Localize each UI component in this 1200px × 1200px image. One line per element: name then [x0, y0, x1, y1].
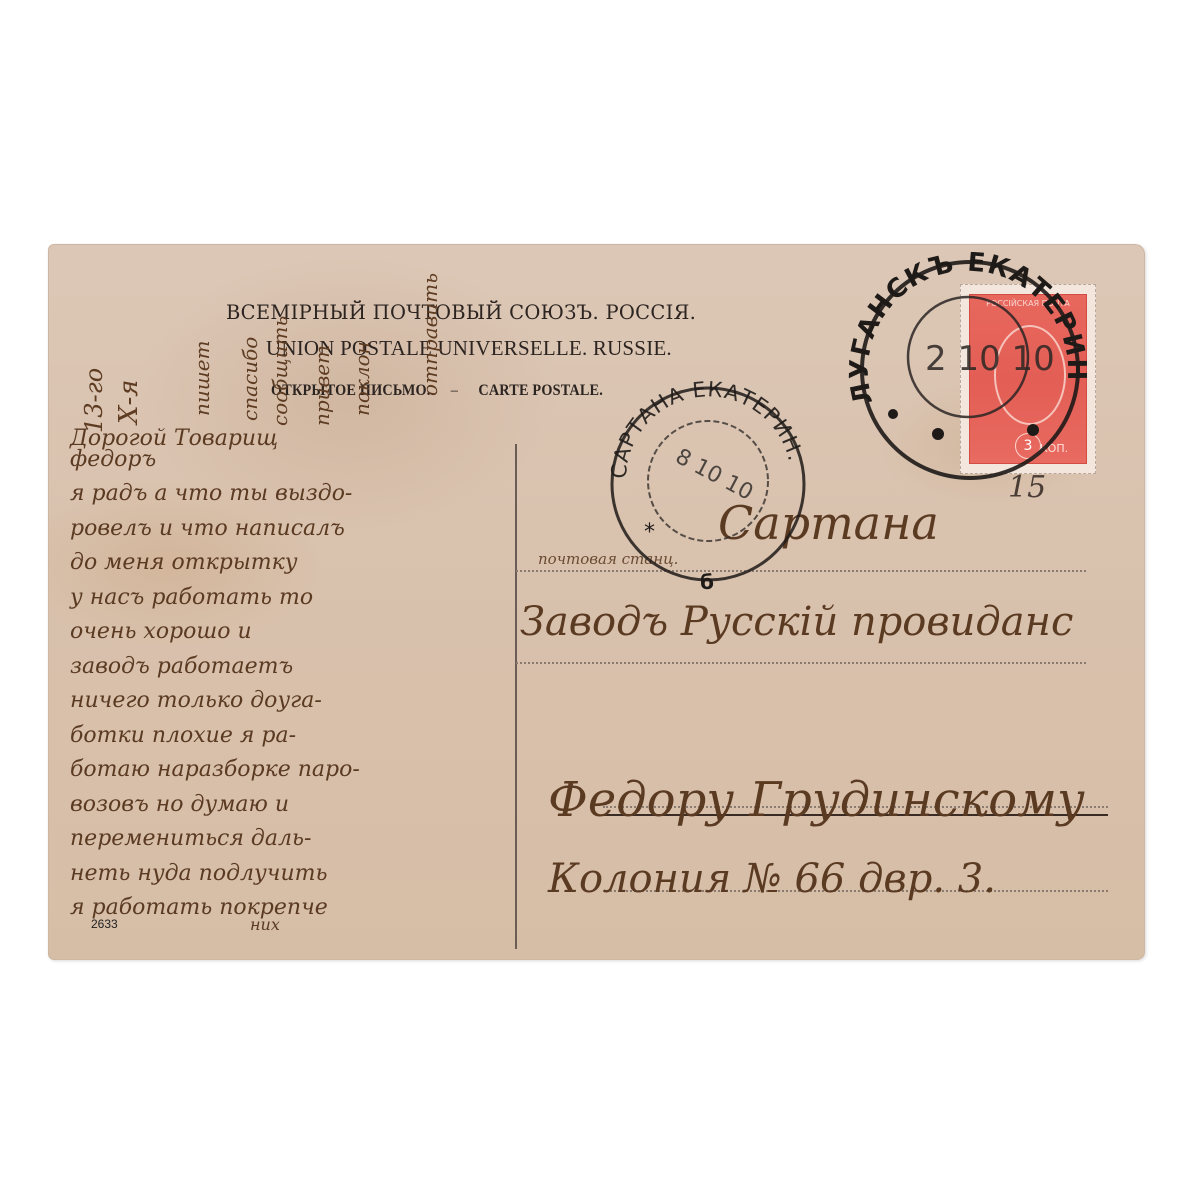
message-line: перемениться даль- — [70, 822, 515, 857]
message-line: ничего только доуга- — [70, 684, 515, 719]
postmark-luhansk-place: ЛУГАНСКЪ ЕКАТЕРИН. — [833, 252, 1091, 407]
margin-note: Х-я — [114, 274, 144, 424]
margin-note: поклон — [350, 246, 374, 416]
message-line: до меня открытку — [70, 546, 515, 581]
message-line: ботаю наразборке паро- — [70, 753, 515, 788]
postmark-sartana-date: 8 10 10 — [671, 444, 757, 506]
title-separator: – — [451, 382, 458, 399]
message-line: ботки плохие я ра- — [70, 719, 515, 754]
address-recipient: Федору Грудинскому — [548, 772, 1085, 828]
postmark-sartana: САРТАНА ЕКАТЕРИН. 8 10 10 * б — [596, 369, 806, 609]
margin-note: привет — [310, 246, 334, 426]
handwritten-message: Дорогой Товарищ федоръ я радъ а что ты в… — [70, 422, 515, 942]
margin-note: сообщить — [268, 246, 292, 426]
margin-note: пишет — [190, 246, 214, 416]
margin-note-date: 13-го — [80, 268, 108, 433]
address-rule — [516, 662, 1086, 664]
postmark-luhansk-date: 2 10 10 — [925, 339, 1055, 379]
message-line: я радъ а что ты выздо- — [70, 477, 515, 512]
svg-text:ЛУГАНСКЪ ЕКАТЕРИН.: ЛУГАНСКЪ ЕКАТЕРИН. — [833, 252, 1091, 407]
message-line: возовъ но думаю и — [70, 788, 515, 823]
postmark-luhansk: ЛУГАНСКЪ ЕКАТЕРИН. 2 10 10 — [833, 252, 1093, 482]
message-line: очень хорошо и — [70, 615, 515, 650]
publisher-number: 2633 — [91, 917, 118, 931]
postmark-star-icon: * — [644, 520, 655, 545]
postcard: ВСЕМІРНЫЙ ПОЧТОВЫЙ СОЮЗЪ. РОССІЯ. UNION … — [48, 244, 1145, 960]
message-line: у насъ работать то — [70, 581, 515, 616]
message-line: заводъ работаетъ — [70, 650, 515, 685]
address-colony: Колония № 66 двр. 3. — [548, 856, 996, 902]
postcard-title-fr: CARTE POSTALE. — [478, 382, 603, 399]
message-line: неть нуда подлучить — [70, 857, 515, 892]
divider-line — [515, 444, 517, 949]
message-line: федоръ — [70, 443, 515, 478]
margin-note: отправить — [418, 246, 442, 396]
message-line: ровелъ и что написалъ — [70, 512, 515, 547]
margin-note: спасибо — [238, 246, 262, 421]
postmark-sartana-suffix: б — [700, 570, 714, 594]
